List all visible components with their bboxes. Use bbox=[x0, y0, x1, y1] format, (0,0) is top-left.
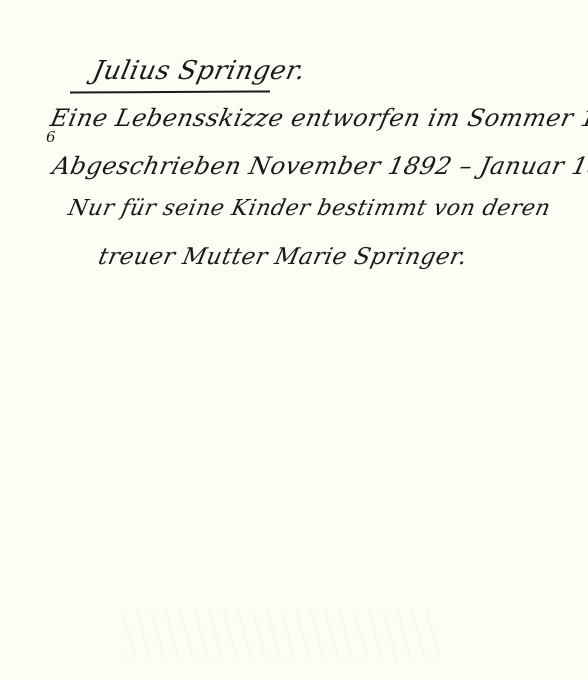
manuscript-page: Julius Springer. Eine Lebensskizze entwo… bbox=[0, 0, 588, 680]
title-underline bbox=[70, 90, 270, 93]
show-through-texture bbox=[120, 610, 440, 660]
copy-date-line: Abgeschrieben November 1892 – Januar 189… bbox=[50, 152, 588, 180]
document-title: Julius Springer. bbox=[90, 56, 308, 86]
subtitle-line-sketch: Eine Lebensskizze entworfen im Sommer 18… bbox=[48, 104, 588, 132]
dedication-line-2-signature: treuer Mutter Marie Springer. bbox=[96, 244, 470, 270]
marginal-number: 6 bbox=[46, 128, 56, 146]
dedication-line-1: Nur für seine Kinder bestimmt von deren bbox=[66, 196, 553, 221]
